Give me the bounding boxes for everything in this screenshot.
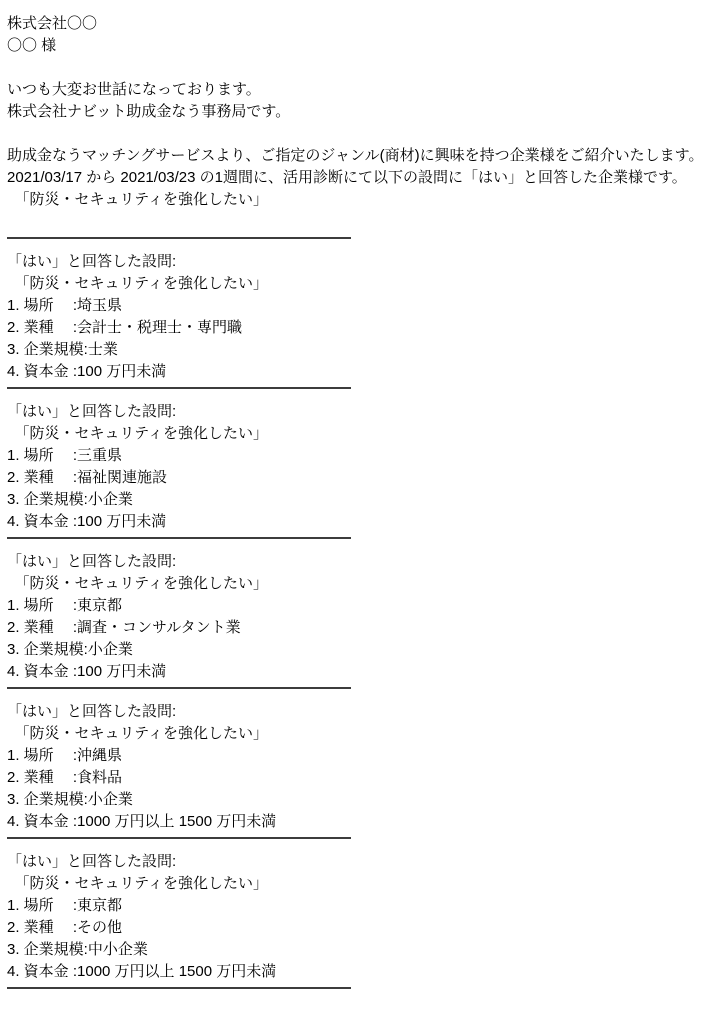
entry-company-size: 3. 企業規模:中小企業	[7, 939, 709, 961]
entry-industry-value: 会計士・税理士・専門職	[77, 319, 242, 336]
entry-location: 1. 場所 :埼玉県	[7, 295, 709, 317]
entry-company-size-value: 小企業	[88, 641, 133, 658]
entry-industry-value: その他	[77, 919, 122, 936]
entry-company-size-value: 小企業	[88, 491, 133, 508]
entry-capital: 4. 資本金 :100 万円未満	[7, 661, 709, 683]
entry-question: 「防災・セキュリティを強化したい」	[7, 573, 709, 595]
entry-industry: 2. 業種 :その他	[7, 917, 709, 939]
entry-company-size: 3. 企業規模:小企業	[7, 789, 709, 811]
entry-industry-label: 2. 業種 :	[7, 769, 77, 786]
company-entry: 「はい」と回答した設問: 「防災・セキュリティを強化したい」 1. 場所 :埼玉…	[7, 251, 709, 383]
recipient-company: 株式会社〇〇	[7, 13, 709, 35]
entry-capital-value: 1000 万円以上 1500 万円未満	[77, 813, 276, 830]
entry-capital: 4. 資本金 :1000 万円以上 1500 万円未満	[7, 811, 709, 833]
intro-line-2: 2021/03/17 から 2021/03/23 の1週間に、活用診断にて以下の…	[7, 167, 709, 189]
question-quote: 「防災・セキュリティを強化したい」	[7, 189, 709, 211]
entry-industry: 2. 業種 :会計士・税理士・専門職	[7, 317, 709, 339]
entry-company-size: 3. 企業規模:小企業	[7, 639, 709, 661]
entry-question: 「防災・セキュリティを強化したい」	[7, 423, 709, 445]
entry-capital-label: 4. 資本金 :	[7, 963, 77, 980]
entry-company-size-value: 小企業	[88, 791, 133, 808]
separator-line	[7, 837, 351, 839]
blank-line	[7, 211, 709, 233]
entry-location-value: 東京都	[77, 597, 122, 614]
entry-capital: 4. 資本金 :1000 万円以上 1500 万円未満	[7, 961, 709, 983]
recipient-name: 〇〇 様	[7, 35, 709, 57]
entry-location: 1. 場所 :沖縄県	[7, 745, 709, 767]
entry-location: 1. 場所 :東京都	[7, 895, 709, 917]
entry-industry-value: 食料品	[77, 769, 122, 786]
blank-line	[7, 123, 709, 145]
greeting-line-2: 株式会社ナビット助成金なう事務局です。	[7, 101, 709, 123]
separator-line	[7, 687, 351, 689]
entry-location: 1. 場所 :三重県	[7, 445, 709, 467]
entry-company-size-label: 3. 企業規模:	[7, 941, 88, 958]
entry-question: 「防災・セキュリティを強化したい」	[7, 723, 709, 745]
email-body: 株式会社〇〇 〇〇 様 いつも大変お世話になっております。 株式会社ナビット助成…	[0, 0, 719, 1011]
entry-capital-value: 100 万円未満	[77, 663, 166, 680]
entry-industry-label: 2. 業種 :	[7, 469, 77, 486]
entry-answered-header: 「はい」と回答した設問:	[7, 251, 709, 273]
entry-answered-header: 「はい」と回答した設問:	[7, 401, 709, 423]
entry-answered-header: 「はい」と回答した設問:	[7, 551, 709, 573]
entry-question: 「防災・セキュリティを強化したい」	[7, 873, 709, 895]
entry-answered-header: 「はい」と回答した設問:	[7, 851, 709, 873]
entry-location-label: 1. 場所 :	[7, 297, 77, 314]
entry-capital-value: 100 万円未満	[77, 363, 166, 380]
entry-question: 「防災・セキュリティを強化したい」	[7, 273, 709, 295]
entry-location-label: 1. 場所 :	[7, 897, 77, 914]
entry-company-size: 3. 企業規模:小企業	[7, 489, 709, 511]
greeting-line-1: いつも大変お世話になっております。	[7, 79, 709, 101]
entry-location: 1. 場所 :東京都	[7, 595, 709, 617]
separator-line	[7, 987, 351, 989]
entry-company-size-label: 3. 企業規模:	[7, 491, 88, 508]
company-entry: 「はい」と回答した設問: 「防災・セキュリティを強化したい」 1. 場所 :三重…	[7, 401, 709, 533]
entry-company-size-label: 3. 企業規模:	[7, 791, 88, 808]
entry-company-size: 3. 企業規模:士業	[7, 339, 709, 361]
entry-company-size-label: 3. 企業規模:	[7, 641, 88, 658]
entry-industry-label: 2. 業種 :	[7, 619, 77, 636]
entry-company-size-label: 3. 企業規模:	[7, 341, 88, 358]
entry-capital-label: 4. 資本金 :	[7, 663, 77, 680]
entry-location-value: 沖縄県	[77, 747, 122, 764]
separator-line	[7, 537, 351, 539]
entry-location-value: 埼玉県	[77, 297, 122, 314]
entry-industry: 2. 業種 :福祉関連施設	[7, 467, 709, 489]
company-entry: 「はい」と回答した設問: 「防災・セキュリティを強化したい」 1. 場所 :東京…	[7, 551, 709, 683]
entry-capital-value: 1000 万円以上 1500 万円未満	[77, 963, 276, 980]
company-entry: 「はい」と回答した設問: 「防災・セキュリティを強化したい」 1. 場所 :東京…	[7, 851, 709, 983]
entry-industry-value: 調査・コンサルタント業	[77, 619, 241, 636]
company-entry: 「はい」と回答した設問: 「防災・セキュリティを強化したい」 1. 場所 :沖縄…	[7, 701, 709, 833]
entry-location-label: 1. 場所 :	[7, 447, 77, 464]
entry-location-value: 東京都	[77, 897, 122, 914]
separator-line	[7, 237, 351, 239]
entry-capital: 4. 資本金 :100 万円未満	[7, 361, 709, 383]
entry-industry-label: 2. 業種 :	[7, 919, 77, 936]
entry-location-label: 1. 場所 :	[7, 747, 77, 764]
blank-line	[7, 57, 709, 79]
separator-line	[7, 387, 351, 389]
entry-capital-label: 4. 資本金 :	[7, 813, 77, 830]
entry-answered-header: 「はい」と回答した設問:	[7, 701, 709, 723]
entry-company-size-value: 士業	[88, 341, 118, 358]
entry-capital-label: 4. 資本金 :	[7, 363, 77, 380]
entry-capital-label: 4. 資本金 :	[7, 513, 77, 530]
entry-location-value: 三重県	[77, 447, 122, 464]
entry-location-label: 1. 場所 :	[7, 597, 77, 614]
entry-industry: 2. 業種 :食料品	[7, 767, 709, 789]
entry-industry-label: 2. 業種 :	[7, 319, 77, 336]
entry-company-size-value: 中小企業	[88, 941, 148, 958]
entry-industry: 2. 業種 :調査・コンサルタント業	[7, 617, 709, 639]
entry-capital: 4. 資本金 :100 万円未満	[7, 511, 709, 533]
entry-capital-value: 100 万円未満	[77, 513, 166, 530]
intro-line-1: 助成金なうマッチングサービスより、ご指定のジャンル(商材)に興味を持つ企業様をご…	[7, 145, 709, 167]
entry-industry-value: 福祉関連施設	[77, 469, 167, 486]
